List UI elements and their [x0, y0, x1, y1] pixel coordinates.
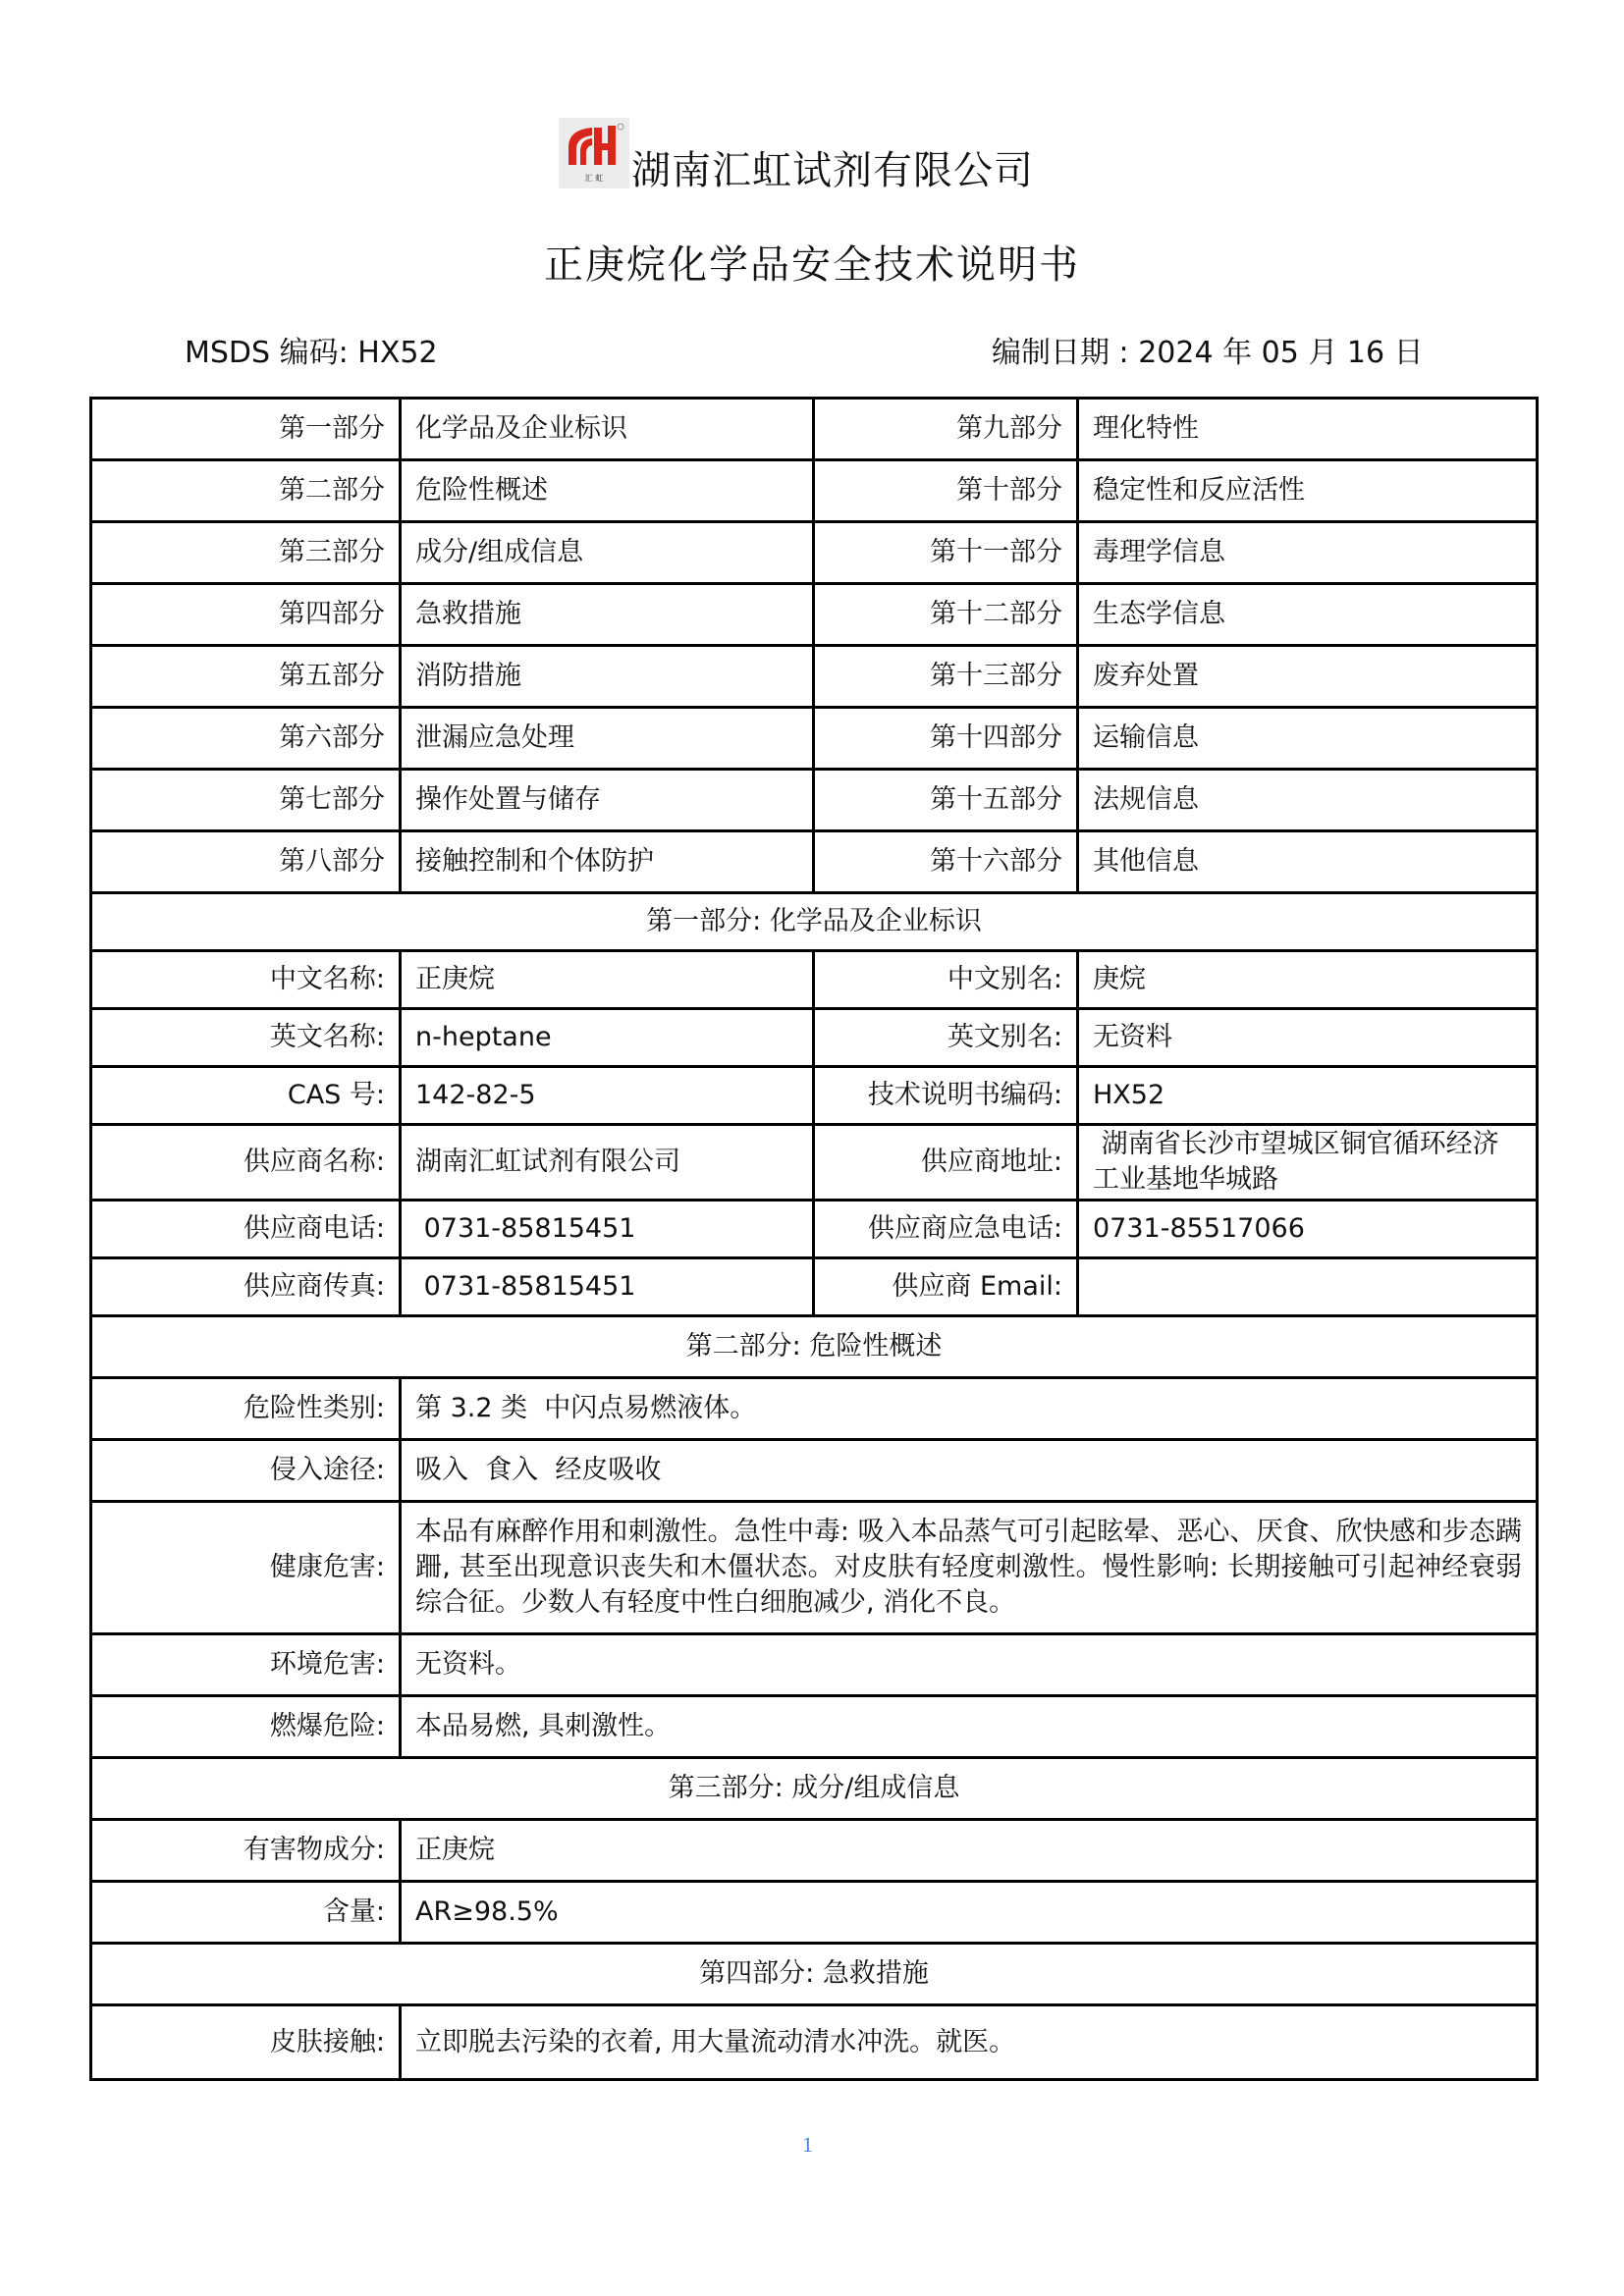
- index-part: 第七部分: [91, 770, 401, 831]
- section-2-heading: 第二部分: 危险性概述: [91, 1316, 1538, 1378]
- msds-code: MSDS 编码: HX52: [185, 334, 438, 373]
- field-label: 中文名称:: [91, 951, 401, 1009]
- field-value: 0731-85815451: [401, 1258, 814, 1316]
- page-number: 1: [802, 2132, 813, 2158]
- field-label: 供应商传真:: [91, 1258, 401, 1316]
- health-hazard-text: 本品有麻醉作用和刺激性。急性中毒: 吸入本品蒸气可引起眩晕、恶心、厌食、欣快感和…: [401, 1502, 1538, 1634]
- field-label: 环境危害:: [91, 1634, 401, 1696]
- section-heading-row: 第四部分: 急救措施: [91, 1944, 1538, 2005]
- section-heading-row: 第三部分: 成分/组成信息: [91, 1758, 1538, 1820]
- index-row: 第一部分 化学品及企业标识 第九部分 理化特性: [91, 399, 1538, 460]
- first-aid-row: 皮肤接触: 立即脱去污染的衣着, 用大量流动清水冲洗。就医。: [91, 2005, 1538, 2080]
- hazard-row: 燃爆危险: 本品易燃, 具刺激性。: [91, 1696, 1538, 1758]
- index-part: 第四部分: [91, 584, 401, 646]
- index-title: 成分/组成信息: [401, 522, 814, 584]
- field-label: 供应商应急电话:: [814, 1201, 1078, 1258]
- info-row: CAS 号: 142-82-5 技术说明书编码: HX52: [91, 1067, 1538, 1125]
- supplier-email-value: [1078, 1258, 1538, 1316]
- field-label: 供应商地址:: [814, 1125, 1078, 1201]
- composition-row: 有害物成分: 正庚烷: [91, 1820, 1538, 1882]
- field-value: 第 3.2 类 中闪点易燃液体。: [401, 1378, 1538, 1440]
- field-value: 立即脱去污染的衣着, 用大量流动清水冲洗。就医。: [401, 2005, 1538, 2080]
- index-title: 理化特性: [1078, 399, 1538, 460]
- index-title: 生态学信息: [1078, 584, 1538, 646]
- index-part: 第十四部分: [814, 708, 1078, 770]
- index-row: 第八部分 接触控制和个体防护 第十六部分 其他信息: [91, 831, 1538, 893]
- index-title: 危险性概述: [401, 460, 814, 522]
- field-label: 含量:: [91, 1882, 401, 1944]
- field-label: 英文名称:: [91, 1009, 401, 1067]
- index-row: 第六部分 泄漏应急处理 第十四部分 运输信息: [91, 708, 1538, 770]
- index-title: 法规信息: [1078, 770, 1538, 831]
- field-value: 0731-85815451: [401, 1201, 814, 1258]
- index-title: 接触控制和个体防护: [401, 831, 814, 893]
- field-value: 无资料。: [401, 1634, 1538, 1696]
- field-value: 庚烷: [1078, 951, 1538, 1009]
- composition-row: 含量: AR≥98.5%: [91, 1882, 1538, 1944]
- index-row: 第五部分 消防措施 第十三部分 废弃处置: [91, 646, 1538, 708]
- hazard-row: 健康危害: 本品有麻醉作用和刺激性。急性中毒: 吸入本品蒸气可引起眩晕、恶心、厌…: [91, 1502, 1538, 1634]
- field-label: CAS 号:: [91, 1067, 401, 1125]
- compile-date: 编制日期 : 2024 年 05 月 16 日: [992, 334, 1424, 373]
- msds-code-value: HX52: [357, 336, 437, 370]
- info-row: 中文名称: 正庚烷 中文别名: 庚烷: [91, 951, 1538, 1009]
- index-title: 运输信息: [1078, 708, 1538, 770]
- section-heading-row: 第二部分: 危险性概述: [91, 1316, 1538, 1378]
- section-3-heading: 第三部分: 成分/组成信息: [91, 1758, 1538, 1820]
- huihong-logo-icon: 汇 虹: [559, 118, 629, 188]
- field-value: 吸入 食入 经皮吸收: [401, 1440, 1538, 1502]
- hazard-row: 危险性类别: 第 3.2 类 中闪点易燃液体。: [91, 1378, 1538, 1440]
- info-row: 英文名称: n-heptane 英文别名: 无资料: [91, 1009, 1538, 1067]
- index-title: 泄漏应急处理: [401, 708, 814, 770]
- index-row: 第七部分 操作处置与储存 第十五部分 法规信息: [91, 770, 1538, 831]
- company-logo: 汇 虹: [559, 118, 629, 188]
- index-row: 第二部分 危险性概述 第十部分 稳定性和反应活性: [91, 460, 1538, 522]
- field-value: n-heptane: [401, 1009, 814, 1067]
- field-value: 正庚烷: [401, 1820, 1538, 1882]
- index-part: 第八部分: [91, 831, 401, 893]
- field-label: 危险性类别:: [91, 1378, 401, 1440]
- index-part: 第九部分: [814, 399, 1078, 460]
- field-label: 健康危害:: [91, 1502, 401, 1634]
- index-part: 第五部分: [91, 646, 401, 708]
- section-4-heading: 第四部分: 急救措施: [91, 1944, 1538, 2005]
- index-title: 急救措施: [401, 584, 814, 646]
- index-part: 第十一部分: [814, 522, 1078, 584]
- index-title: 其他信息: [1078, 831, 1538, 893]
- index-title: 操作处置与储存: [401, 770, 814, 831]
- info-row: 供应商电话: 0731-85815451 供应商应急电话: 0731-85517…: [91, 1201, 1538, 1258]
- section-heading-row: 第一部分: 化学品及企业标识: [91, 893, 1538, 951]
- info-row: 供应商传真: 0731-85815451 供应商 Email:: [91, 1258, 1538, 1316]
- index-part: 第十部分: [814, 460, 1078, 522]
- field-value: 无资料: [1078, 1009, 1538, 1067]
- field-label: 供应商名称:: [91, 1125, 401, 1201]
- hazard-row: 环境危害: 无资料。: [91, 1634, 1538, 1696]
- index-title: 稳定性和反应活性: [1078, 460, 1538, 522]
- field-label: 英文别名:: [814, 1009, 1078, 1067]
- field-value: 正庚烷: [401, 951, 814, 1009]
- index-part: 第十二部分: [814, 584, 1078, 646]
- field-label: 燃爆危险:: [91, 1696, 401, 1758]
- index-part: 第十五部分: [814, 770, 1078, 831]
- field-label: 供应商 Email:: [814, 1258, 1078, 1316]
- field-label: 供应商电话:: [91, 1201, 401, 1258]
- index-row: 第四部分 急救措施 第十二部分 生态学信息: [91, 584, 1538, 646]
- index-part: 第六部分: [91, 708, 401, 770]
- section-1-heading: 第一部分: 化学品及企业标识: [91, 893, 1538, 951]
- compile-date-label: 编制日期 :: [992, 336, 1129, 370]
- field-value: 0731-85517066: [1078, 1201, 1538, 1258]
- index-part: 第三部分: [91, 522, 401, 584]
- field-label: 技术说明书编码:: [814, 1067, 1078, 1125]
- field-value: 湖南汇虹试剂有限公司: [401, 1125, 814, 1201]
- index-part: 第十三部分: [814, 646, 1078, 708]
- index-title: 消防措施: [401, 646, 814, 708]
- field-label: 侵入途径:: [91, 1440, 401, 1502]
- index-part: 第二部分: [91, 460, 401, 522]
- index-title: 废弃处置: [1078, 646, 1538, 708]
- index-title: 化学品及企业标识: [401, 399, 814, 460]
- msds-code-label: MSDS 编码:: [185, 336, 349, 370]
- msds-table: 第一部分 化学品及企业标识 第九部分 理化特性 第二部分 危险性概述 第十部分 …: [89, 397, 1539, 2081]
- index-part: 第一部分: [91, 399, 401, 460]
- index-title: 毒理学信息: [1078, 522, 1538, 584]
- company-name: 湖南汇虹试剂有限公司: [631, 147, 1034, 194]
- field-label: 中文别名:: [814, 951, 1078, 1009]
- field-value: 142-82-5: [401, 1067, 814, 1125]
- field-value: AR≥98.5%: [401, 1882, 1538, 1944]
- index-row: 第三部分 成分/组成信息 第十一部分 毒理学信息: [91, 522, 1538, 584]
- info-row: 供应商名称: 湖南汇虹试剂有限公司 供应商地址: 湖南省长沙市望城区铜官循环经济…: [91, 1125, 1538, 1201]
- field-value: HX52: [1078, 1067, 1538, 1125]
- svg-text:汇 虹: 汇 虹: [585, 173, 604, 183]
- field-label: 有害物成分:: [91, 1820, 401, 1882]
- compile-date-value: 2024 年 05 月 16 日: [1138, 336, 1423, 370]
- supplier-address: 湖南省长沙市望城区铜官循环经济工业基地华城路: [1078, 1125, 1538, 1201]
- hazard-row: 侵入途径: 吸入 食入 经皮吸收: [91, 1440, 1538, 1502]
- index-part: 第十六部分: [814, 831, 1078, 893]
- field-label: 皮肤接触:: [91, 2005, 401, 2080]
- document-title: 正庚烷化学品安全技术说明书: [0, 241, 1624, 289]
- field-value: 本品易燃, 具刺激性。: [401, 1696, 1538, 1758]
